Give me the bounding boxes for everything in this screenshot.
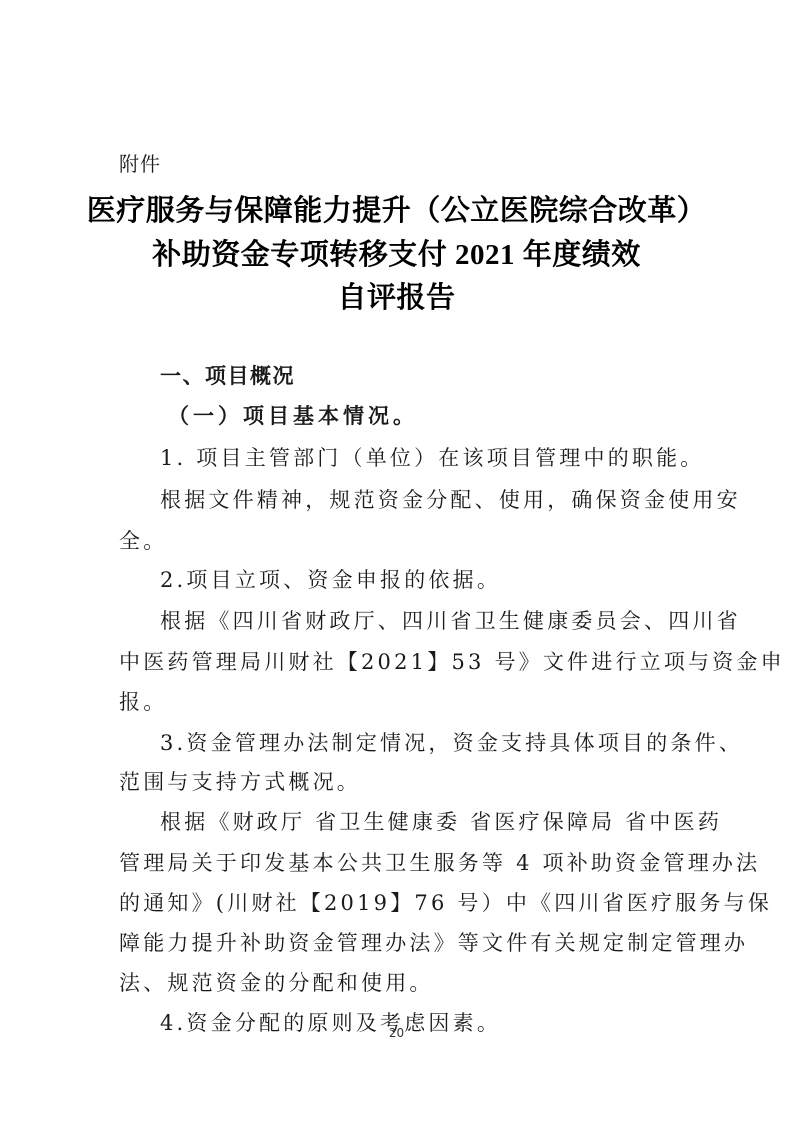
page-number: 20 [0,1026,793,1040]
paragraph-line: 2.项目立项、资金申报的依据。 [160,566,501,594]
paragraph-line: 根据《四川省财政厅、四川省卫生健康委员会、四川省 [160,607,741,635]
paragraph-line: 范围与支持方式概况。 [119,768,361,796]
paragraph-line: 1. 项目主管部门（单位）在该项目管理中的职能。 [160,444,705,472]
attachment-label: 附件 [119,150,161,178]
paragraph-line: 根据文件精神，规范资金分配、使用，确保资金使用安 [160,486,741,514]
subsection-heading: （一）项目基本情况。 [168,402,418,430]
paragraph-line: 管理局关于印发基本公共卫生服务等 4 项补助资金管理办法 [119,849,760,877]
paragraph-line: 3.资金管理办法制定情况，资金支持具体项目的条件、 [160,729,743,757]
document-title-line-3: 自评报告 [0,280,793,316]
paragraph-line: 报。 [119,688,167,716]
paragraph-line: 法、规范资金的分配和使用。 [119,969,434,997]
document-title-line-2: 补助资金专项转移支付 2021 年度绩效 [0,237,793,273]
paragraph-line: 障能力提升补助资金管理办法》等文件有关规定制定管理办 [119,929,748,957]
paragraph-line: 根据《财政厅 省卫生健康委 省医疗保障局 省中医药 [160,808,722,836]
document-title-line-1: 医疗服务与保障能力提升（公立医院综合改革） [0,193,793,229]
section-heading: 一、项目概况 [160,362,295,390]
document-page: 附件 医疗服务与保障能力提升（公立医院综合改革） 补助资金专项转移支付 2021… [0,0,793,1122]
paragraph-line: 的通知》(川财社【2019】76 号）中《四川省医疗服务与保 [119,889,772,917]
paragraph-line: 中医药管理局川财社【2021】53 号》文件进行立项与资金申 [119,648,785,676]
paragraph-line: 全。 [119,527,167,555]
